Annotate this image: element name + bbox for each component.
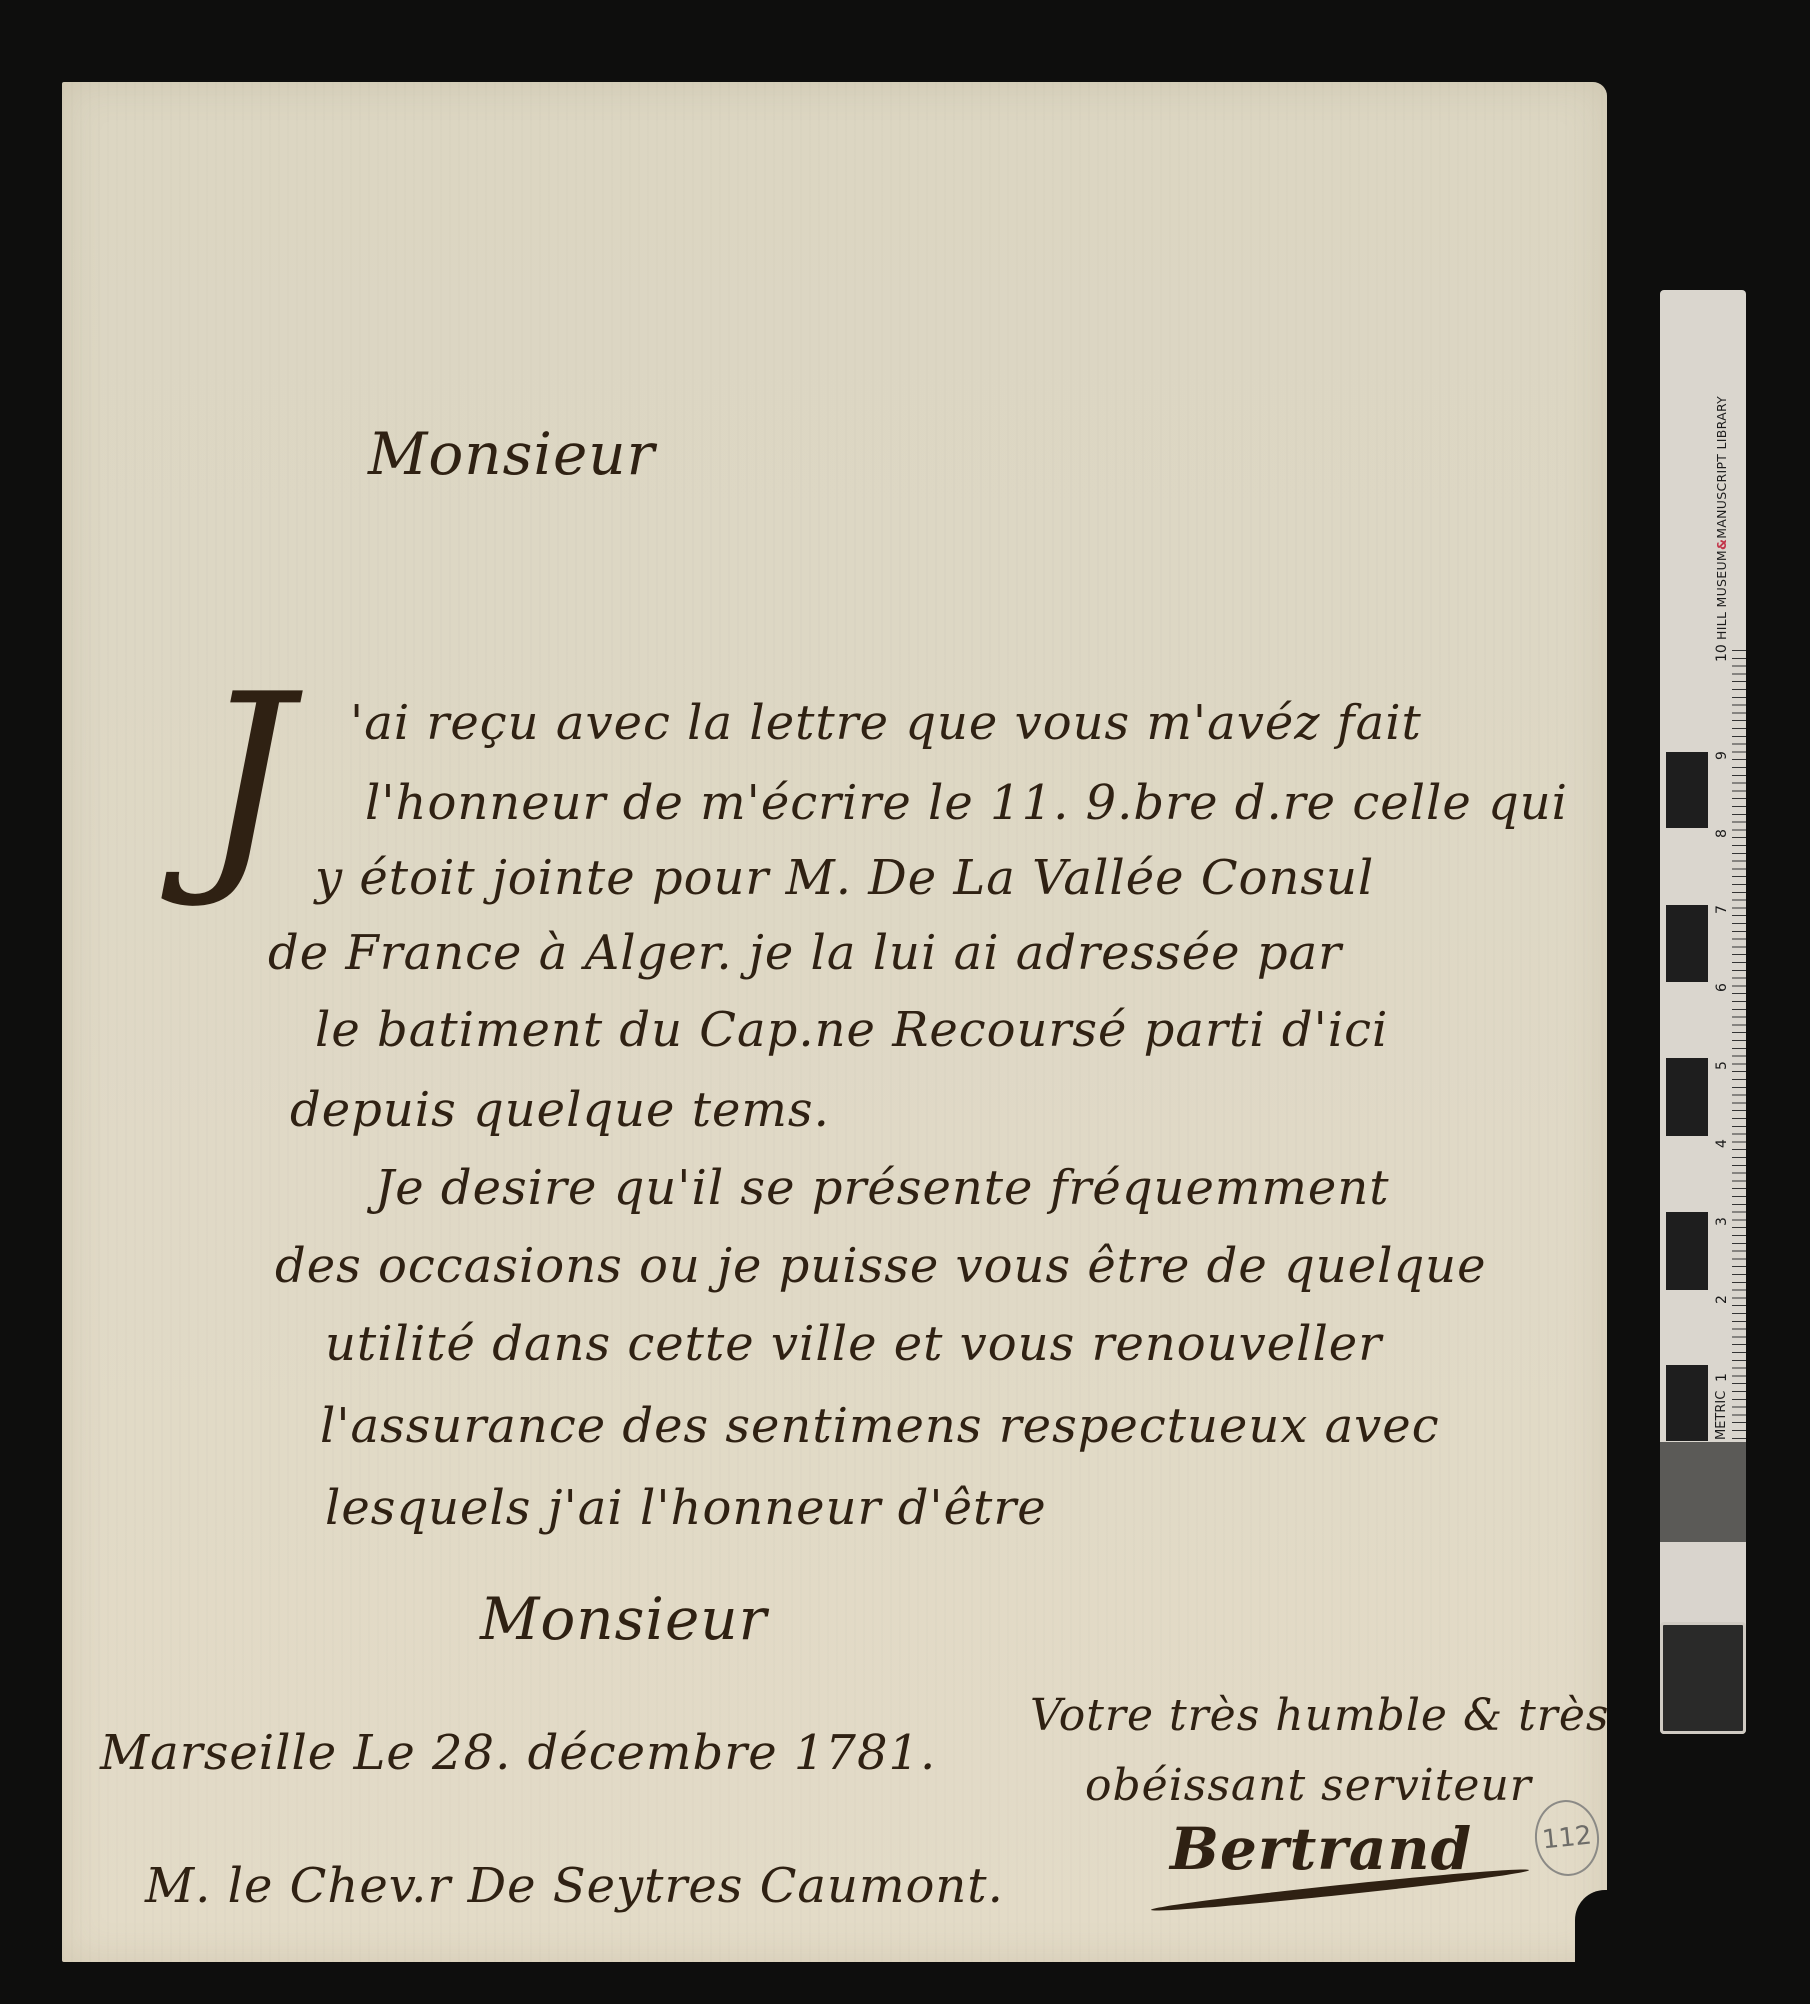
brand-ampersand: & — [1714, 539, 1729, 550]
addressee: M. le Chev.r De Seytres Caumont. — [145, 1858, 1004, 1914]
ruler-black-block — [1666, 1365, 1708, 1441]
ruler-grey-patch — [1660, 1442, 1746, 1542]
body-line-3: y étoit jointe pour M. De La Vallée Cons… — [315, 850, 1374, 906]
ruler-label-2: 2 — [1714, 1295, 1730, 1304]
ruler-label-6: 6 — [1714, 983, 1730, 992]
ruler-light-patch — [1660, 1542, 1746, 1622]
ruler-label-8: 8 — [1714, 829, 1730, 838]
salutation: Monsieur — [368, 420, 655, 488]
closing-line-2: obéissant serviteur — [1085, 1760, 1532, 1811]
torn-corner — [1575, 1890, 1615, 1970]
closing-salutation: Monsieur — [480, 1585, 767, 1653]
ruler-black-block — [1666, 1212, 1708, 1290]
body-line-2: l'honneur de m'écrire le 11. 9.bre d.re … — [365, 775, 1568, 831]
ruler-label-4: 4 — [1714, 1139, 1730, 1148]
ruler-label-5: 5 — [1714, 1061, 1730, 1070]
body-line-5: le batiment du Cap.ne Recoursé parti d'i… — [315, 1002, 1388, 1058]
body-line-7: Je desire qu'il se présente fréquemment — [375, 1160, 1390, 1216]
stamp-number: 112 — [1541, 1820, 1594, 1855]
scale-ruler: HILL MUSEUM&MANUSCRIPT LIBRARY 10 9 8 7 … — [1660, 290, 1746, 1734]
closing-line-1: Votre très humble & très — [1030, 1690, 1609, 1741]
ruler-brand: HILL MUSEUM&MANUSCRIPT LIBRARY — [1714, 320, 1729, 640]
ruler-unit-label: METRIC — [1714, 1391, 1729, 1440]
ruler-black-block — [1666, 905, 1708, 982]
ruler-label-10: 10 — [1714, 644, 1730, 662]
brand-part-2: MANUSCRIPT LIBRARY — [1714, 396, 1729, 539]
ruler-dark-patch — [1660, 1622, 1746, 1734]
decorative-initial: J — [200, 665, 292, 895]
body-line-10: l'assurance des sentimens respectueux av… — [320, 1398, 1440, 1454]
body-line-9: utilité dans cette ville et vous renouve… — [325, 1316, 1382, 1372]
ruler-ticks — [1732, 650, 1746, 1450]
body-line-4: de France à Alger. je la lui ai adressée… — [268, 925, 1342, 981]
body-line-11: lesquels j'ai l'honneur d'être — [325, 1480, 1047, 1536]
body-line-8: des occasions ou je puisse vous être de … — [275, 1238, 1487, 1294]
ruler-label-7: 7 — [1714, 905, 1730, 914]
ruler-black-block — [1666, 752, 1708, 828]
ruler-label-9: 9 — [1714, 751, 1730, 760]
ruler-black-block — [1666, 1058, 1708, 1136]
body-line-6: depuis quelque tems. — [290, 1082, 830, 1138]
ruler-label-1: 1 — [1714, 1373, 1730, 1382]
body-line-1: 'ai reçu avec la lettre que vous m'avéz … — [350, 695, 1422, 751]
place-date: Marseille Le 28. décembre 1781. — [100, 1725, 936, 1781]
brand-part-1: HILL MUSEUM — [1714, 550, 1729, 640]
ruler-label-3: 3 — [1714, 1217, 1730, 1226]
signature: Bertrand — [1170, 1815, 1472, 1883]
